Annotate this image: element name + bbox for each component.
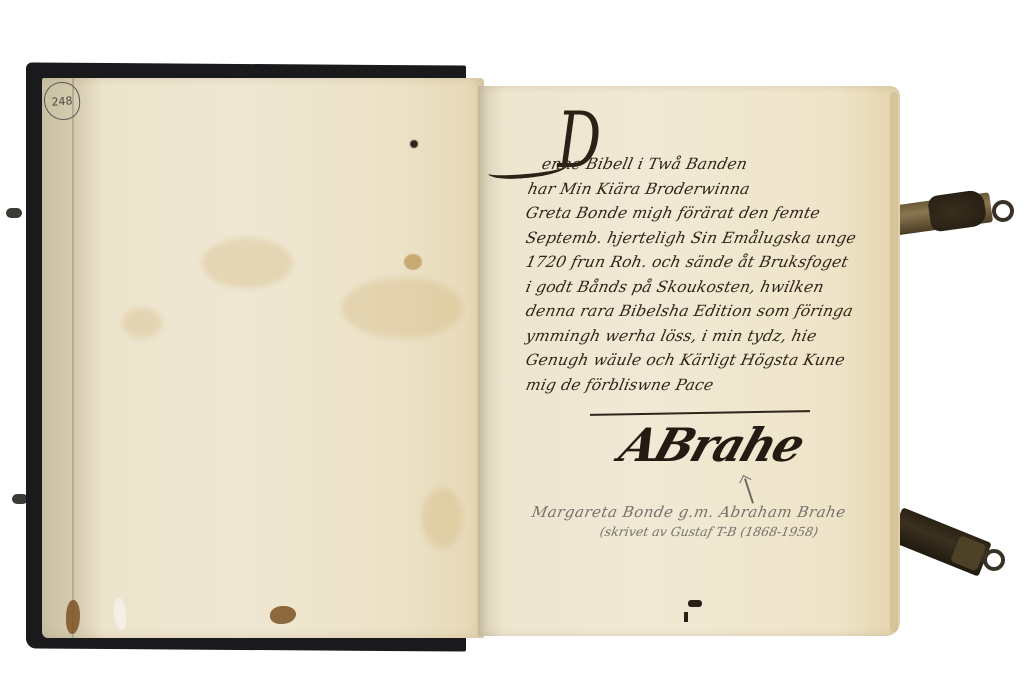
inscription-line: Greta Bonde migh förärat den femte [517, 201, 892, 226]
burn-mark [66, 600, 80, 634]
right-page-edge [890, 92, 898, 632]
inscription-line: har Min Kiära Broderwinna [517, 177, 892, 202]
stain [410, 140, 418, 148]
top-clasp-ring [992, 200, 1014, 222]
inscription-line: Genugh wäule och Kärligt Högsta Kune [517, 348, 892, 373]
pencil-annotation: Margareta Bonde g.m. Abraham Brahe (skri… [532, 502, 892, 542]
left-page-fold [72, 78, 74, 638]
left-page [42, 78, 484, 638]
bottom-clasp-head [950, 535, 986, 571]
inscription-line: i godt Bånds på Skoukosten, hwilken [517, 275, 892, 300]
inscription-line: Septemb. hjerteligh Sin Emålugska unge [517, 226, 892, 251]
stain [404, 254, 422, 270]
top-clasp-head [927, 189, 987, 232]
inscription-line: denna rara Bibelsha Edition som föringa [517, 299, 892, 324]
inscription-line: enne Bibell i Twå Banden [517, 152, 892, 177]
top-clasp-strap [890, 192, 993, 236]
burn-mark [270, 606, 296, 624]
stain [202, 238, 292, 288]
bottom-clasp-strap [889, 507, 991, 576]
book-photo: 248 D enne Bibell i Twå Banden har Min K… [0, 0, 1024, 682]
inscription-line: ymmingh werha löss, i min tydz, hie [517, 324, 892, 349]
signature: ABrahe [613, 418, 810, 472]
inscription-line: mig de förbliswne Pace [517, 373, 892, 398]
inscription-line: 1720 frun Roh. och sände åt Bruksfoget [517, 250, 892, 275]
bottom-clasp-ring [983, 549, 1005, 571]
handwritten-inscription: enne Bibell i Twå Banden har Min Kiära B… [520, 152, 890, 397]
top-clasp-pin [6, 208, 22, 218]
worn-edge [114, 598, 126, 630]
stain [122, 308, 162, 338]
pencil-annotation-line-2: (skrivet av Gustaf T-B (1868-1958) [530, 522, 894, 542]
pencil-annotation-line-1: Margareta Bonde g.m. Abraham Brahe [530, 502, 894, 522]
stain [342, 278, 462, 338]
ink-mark [684, 612, 688, 622]
stain [422, 488, 462, 548]
ink-mark [688, 600, 702, 607]
